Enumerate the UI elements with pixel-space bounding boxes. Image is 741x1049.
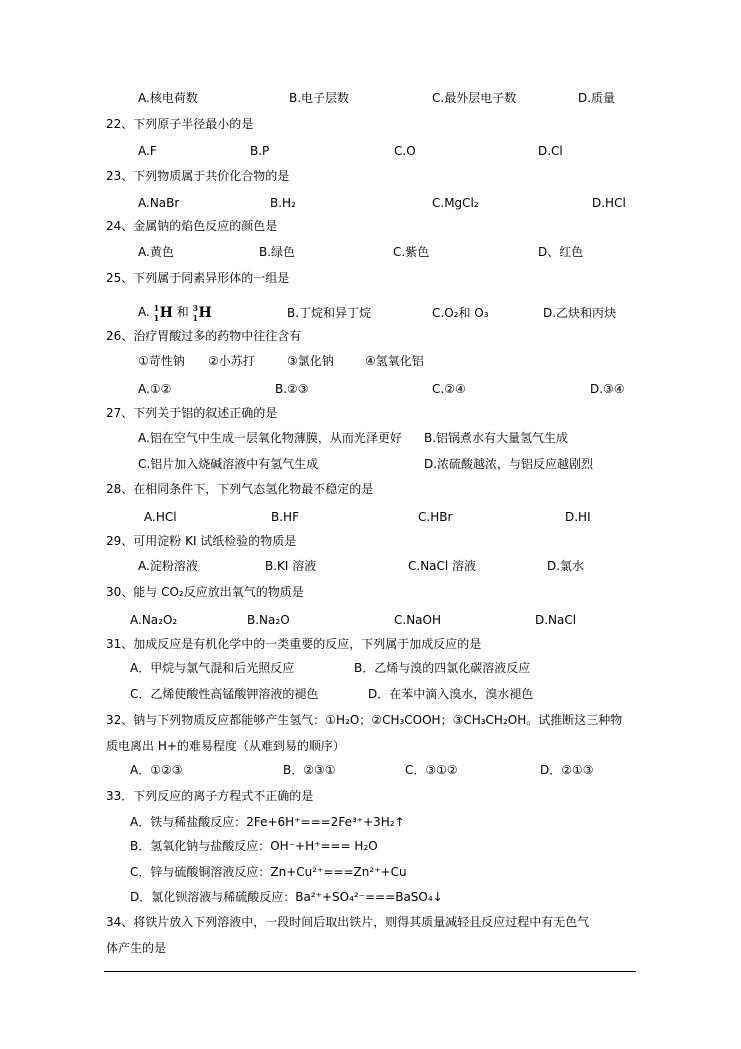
option-a: A.HCl — [144, 509, 177, 525]
option-c: C.HBr — [418, 509, 452, 525]
option-c: C.O₂和 O₃ — [432, 305, 489, 321]
question-stem: 24、金属钠的焰色反应的颜色是 — [106, 218, 277, 234]
question-stem: 27、下列关于铝的叙述正确的是 — [106, 405, 277, 421]
item-2: ②小苏打 — [208, 353, 255, 369]
option-d: D．氯化钡溶液与稀硫酸反应：Ba²⁺+SO₄²⁻===BaSO₄↓ — [130, 889, 443, 905]
isotope-h1: 1 1 H — [154, 305, 173, 321]
q21-option-a: A.核电荷数 — [138, 90, 198, 106]
item-1: ①苛性钠 — [138, 353, 185, 369]
option-b: B.H₂ — [270, 195, 296, 211]
question-stem: 30、能与 CO₂反应放出氧气的物质是 — [106, 584, 304, 600]
option-c: C.MgCl₂ — [432, 195, 479, 211]
option-a: A. 1 1 H 和 3 1 H — [138, 304, 212, 320]
option-b: B.绿色 — [259, 244, 295, 260]
option-a: A.淀粉溶液 — [138, 558, 198, 574]
option-b: B.HF — [271, 509, 299, 525]
option-a: A．甲烷与氯气混和后光照反应 — [130, 660, 294, 676]
question-stem: 22、下列原子半径最小的是 — [106, 116, 253, 132]
option-c: C.NaOH — [394, 612, 441, 628]
option-c: C.紫色 — [393, 244, 429, 260]
q21-option-c: C.最外层电子数 — [432, 90, 516, 106]
option-a-prefix: A. — [138, 305, 150, 319]
option-c: C.铝片加入烧碱溶液中有氢气生成 — [138, 456, 318, 472]
item-4: ④氢氧化铝 — [365, 353, 424, 369]
option-b: B.P — [250, 143, 269, 159]
option-b: B．氢氧化钠与盐酸反应：OH⁻+H⁺=== H₂O — [130, 838, 378, 854]
option-a: A.黄色 — [138, 244, 174, 260]
isotope-h3: 3 1 H — [193, 305, 212, 321]
option-c: C．乙烯使酸性高锰酸钾溶液的褪色 — [130, 686, 318, 702]
question-stem: 25、下列属于同素异形体的一组是 — [106, 270, 289, 286]
question-stem: 33．下列反应的离子方程式不正确的是 — [106, 788, 313, 804]
option-a: A.铝在空气中生成一层氧化物薄膜，从而光泽更好 — [138, 430, 402, 446]
question-stem-line-1: 32、钠与下列物质反应都能够产生氢气：①H₂O；②CH₃COOH；③CH₃CH₂… — [106, 712, 622, 728]
option-a: A．铁与稀盐酸反应：2Fe+6H⁺===2Fe³⁺+3H₂↑ — [130, 814, 405, 830]
option-b: B．②③① — [283, 762, 336, 778]
option-b: B.Na₂O — [247, 612, 290, 628]
option-a: A.①② — [138, 381, 171, 397]
option-c: C.O — [394, 143, 416, 159]
option-d: D.乙炔和丙炔 — [543, 305, 616, 321]
question-stem-line-2: 质电离出 H+的难易程度（从难到易的顺序） — [106, 738, 345, 754]
option-a: A．①②③ — [130, 762, 182, 778]
option-b: B.铝锅煮水有大量氢气生成 — [424, 430, 568, 446]
option-c: C.NaCl 溶液 — [408, 558, 476, 574]
footer-divider — [104, 971, 636, 972]
question-stem: 28、在相同条件下，下列气态氢化物最不稳定的是 — [106, 481, 373, 497]
option-b: B.KI 溶液 — [265, 558, 316, 574]
option-a: A.NaBr — [138, 195, 179, 211]
option-d: D.HI — [565, 509, 591, 525]
question-stem: 26、治疗胃酸过多的药物中往往含有 — [106, 328, 301, 344]
option-d: D．②①③ — [540, 762, 594, 778]
option-d: D、红色 — [538, 244, 583, 260]
conjunction: 和 — [177, 305, 189, 319]
option-c: C.②④ — [432, 381, 466, 397]
option-d: D.NaCl — [535, 612, 576, 628]
option-b: B．乙烯与溴的四氯化碳溶液反应 — [354, 660, 530, 676]
question-stem: 31、加成反应是有机化学中的一类重要的反应，下列属于加成反应的是 — [106, 636, 481, 652]
question-stem: 23、下列物质属于共价化合物的是 — [106, 168, 289, 184]
option-b: B.丁烷和异丁烷 — [287, 305, 371, 321]
option-d: D.浓硫酸越浓，与铝反应越剧烈 — [424, 456, 593, 472]
option-d: D.③④ — [590, 381, 625, 397]
element-symbol: H — [199, 305, 212, 321]
q21-option-b: B.电子层数 — [289, 90, 349, 106]
option-c: C．③①② — [405, 762, 458, 778]
option-d: D.氯水 — [547, 558, 584, 574]
option-c: C．锌与硫酸铜溶液反应：Zn+Cu²⁺===Zn²⁺+Cu — [130, 864, 407, 880]
question-stem: 29、可用淀粉 KI 试纸检验的物质是 — [106, 533, 296, 549]
item-3: ③氯化钠 — [287, 353, 334, 369]
option-d: D.HCl — [592, 195, 626, 211]
q21-option-d: D.质量 — [578, 90, 615, 106]
question-stem-line-2: 体产生的是 — [106, 940, 166, 956]
option-a: A.Na₂O₂ — [130, 612, 177, 628]
atomic-number: 1 — [193, 310, 199, 326]
question-stem-line-1: 34、将铁片放入下列溶液中，一段时间后取出铁片，则得其质量减轻且反应过程中有无色… — [106, 914, 589, 930]
element-symbol: H — [160, 305, 173, 321]
option-d: D．在苯中滴入溴水，溴水褪色 — [368, 686, 533, 702]
option-b: B.②③ — [275, 381, 309, 397]
option-d: D.Cl — [538, 143, 563, 159]
option-a: A.F — [138, 143, 157, 159]
atomic-number: 1 — [154, 310, 160, 326]
